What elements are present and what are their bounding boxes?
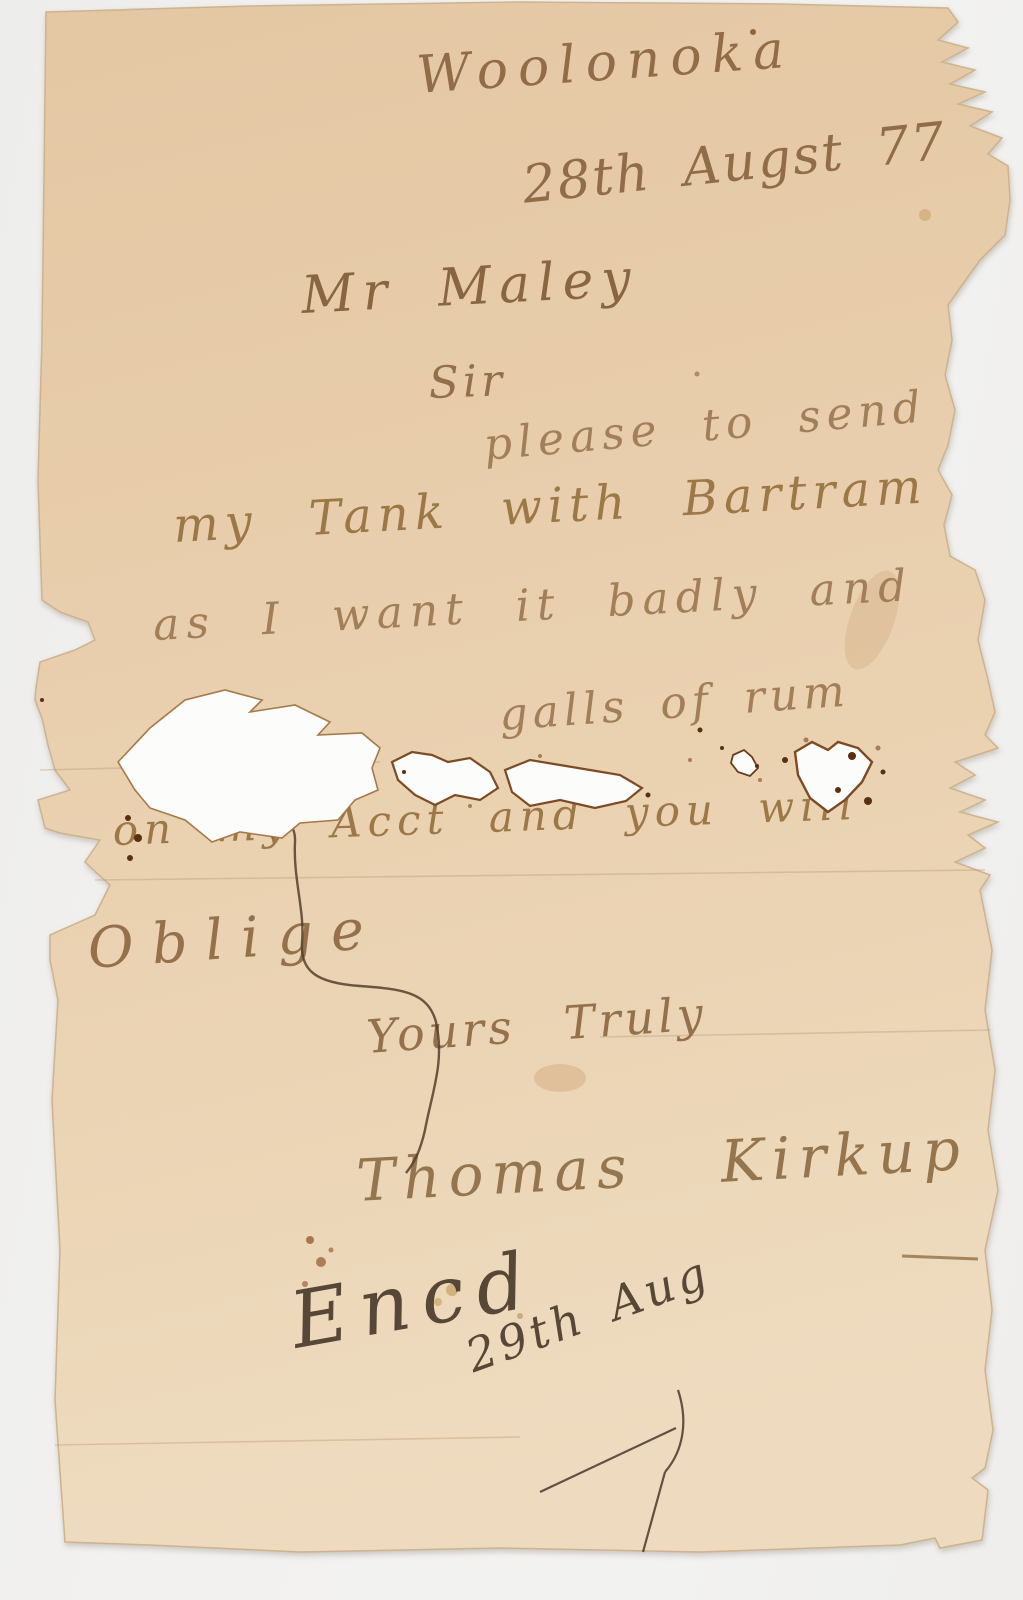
body-line-3: as I want it badly and (152, 564, 914, 648)
body-line-4: galls of rum (498, 670, 851, 738)
recipient-line: Mr Maley (300, 252, 640, 322)
body-line-6: Oblige (86, 901, 384, 977)
signature-line: Thomas Kirkup (355, 1120, 969, 1210)
handwriting-layer: Woolonoka 28th Augst 77 Mr Maley Sir ple… (0, 0, 1023, 1600)
scanned-letter-page: Woolonoka 28th Augst 77 Mr Maley Sir ple… (0, 0, 1023, 1600)
body-line-5: on my Acct and you will (112, 784, 859, 852)
place-line: Woolonoka (415, 24, 795, 102)
date-line: 28th Augst 77 (520, 116, 949, 212)
closing-line: Yours Truly (365, 990, 708, 1060)
salutation-line: Sir (428, 359, 507, 406)
body-line-1: please to send (482, 385, 929, 468)
body-line-2: my Tank with Bartram (172, 462, 929, 549)
